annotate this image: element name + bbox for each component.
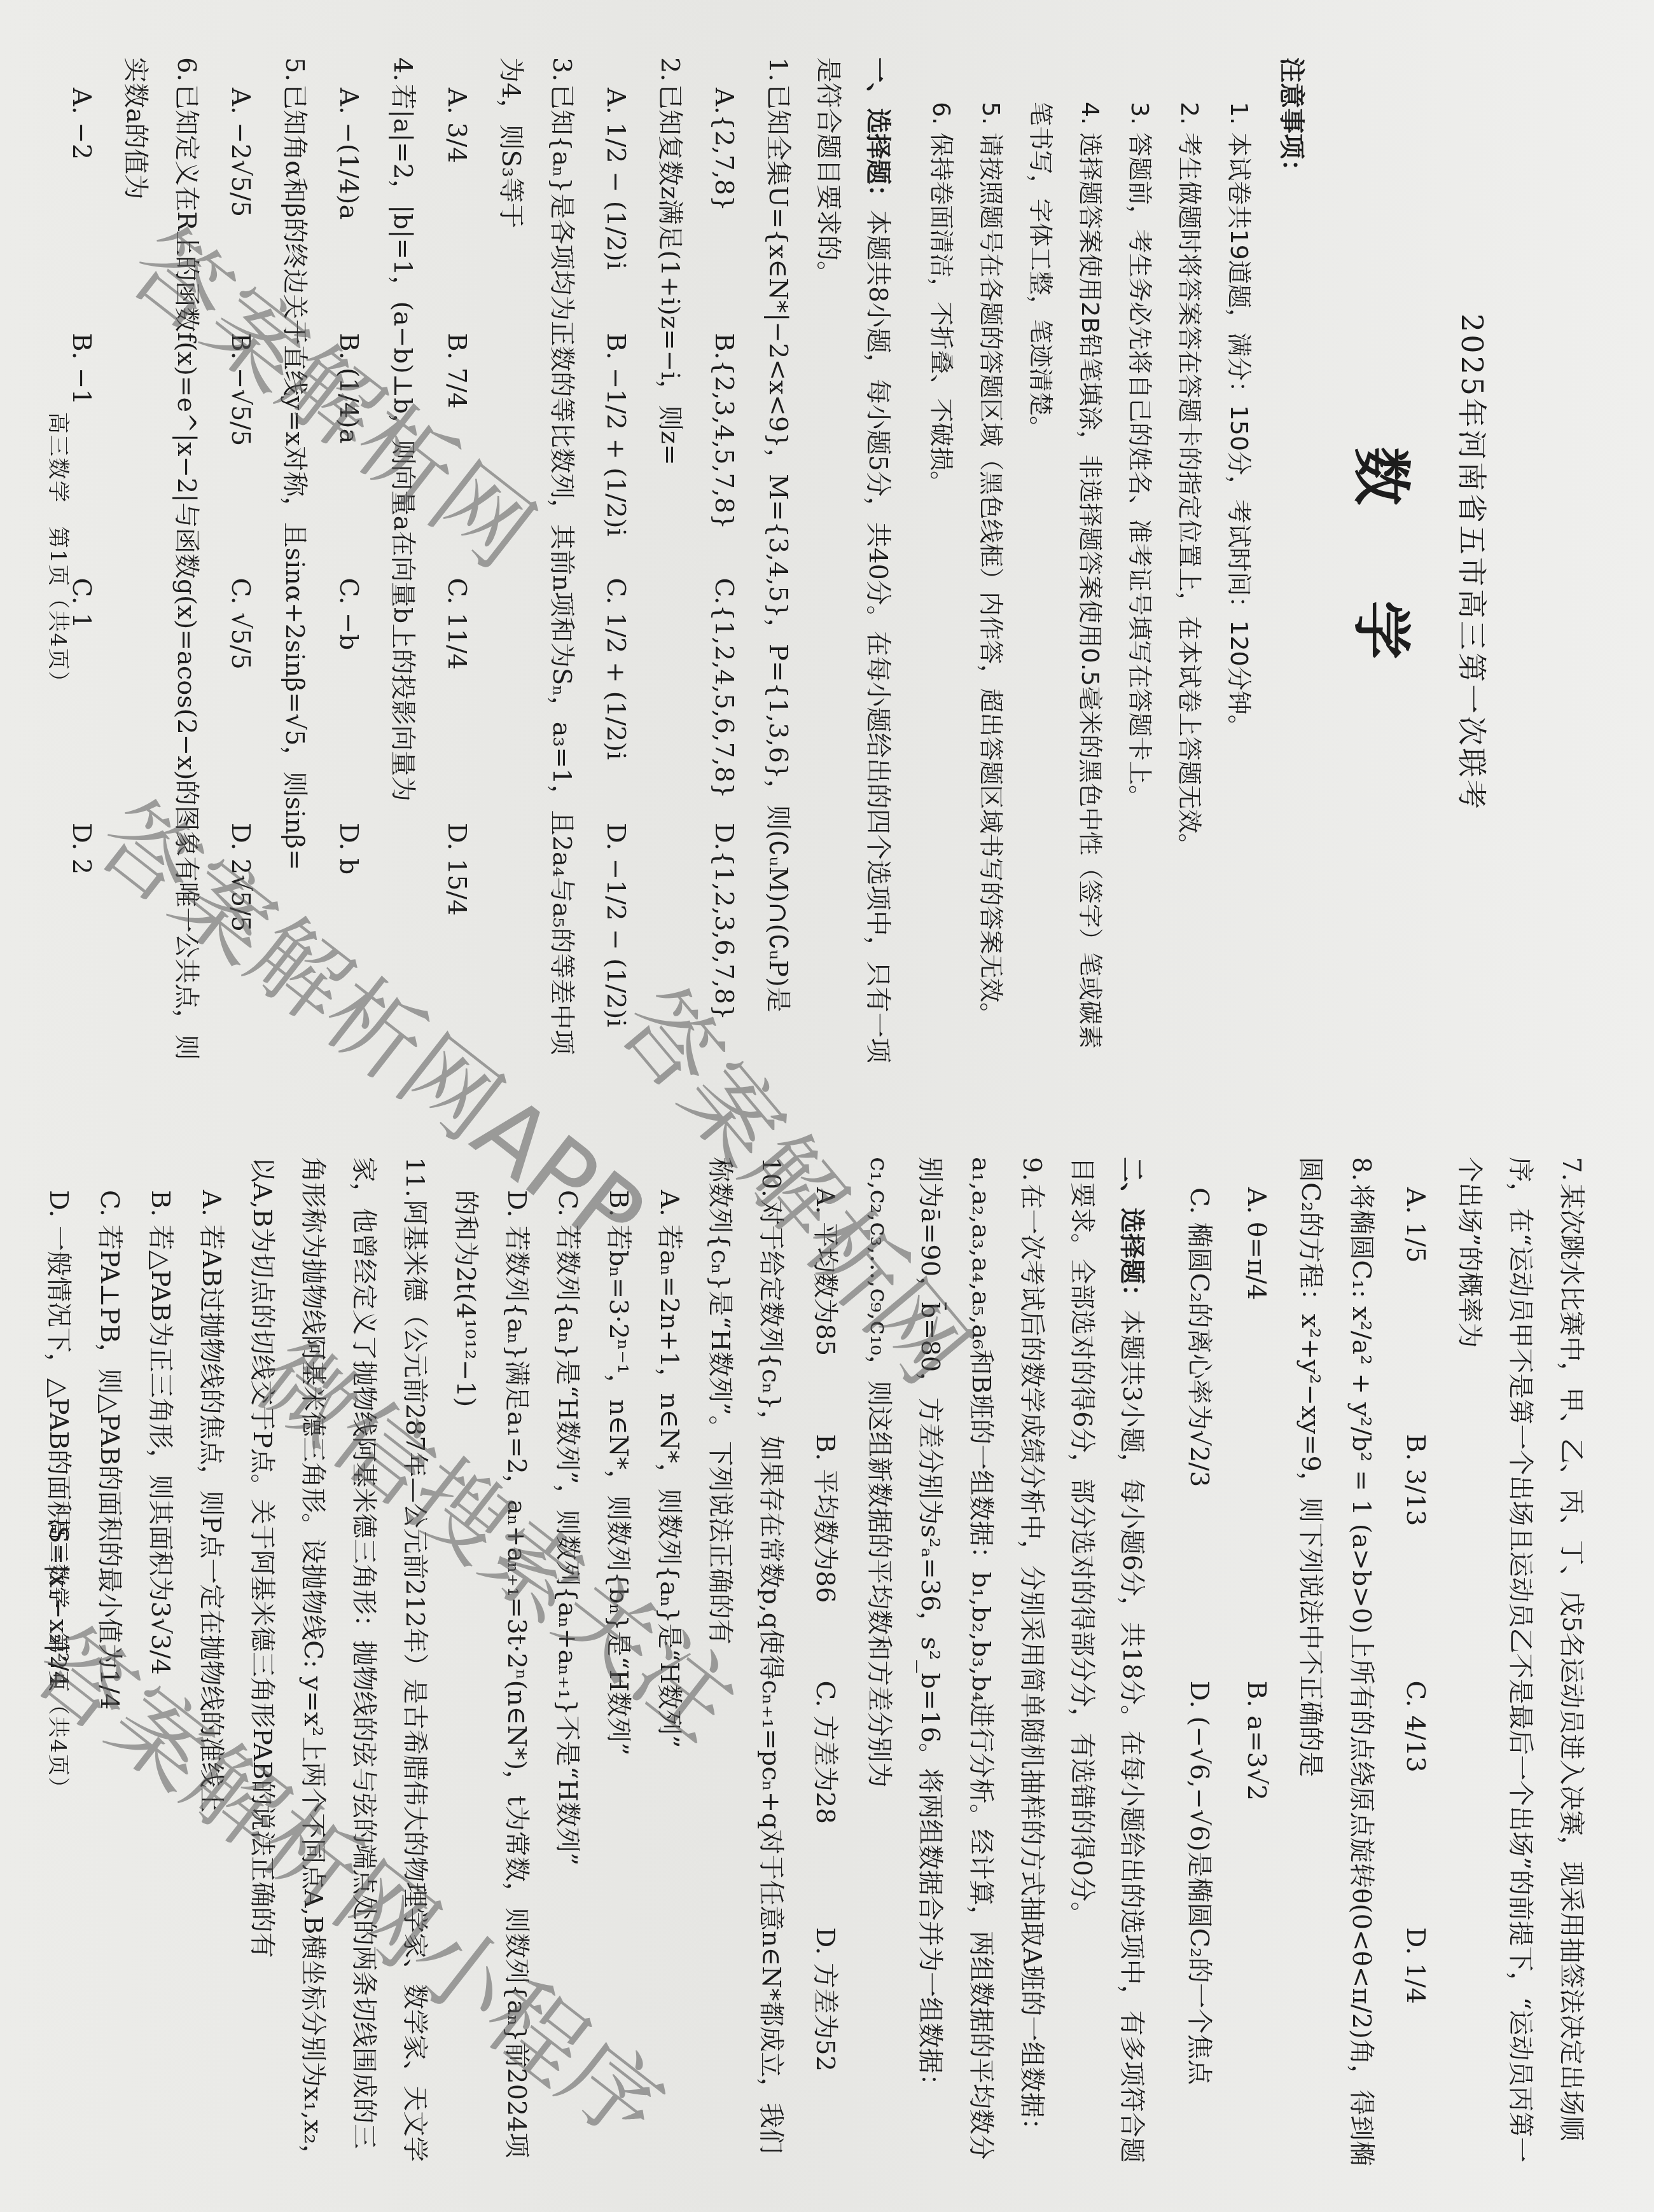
option-b: B. 3/13 [1387,1434,1444,1681]
question-11: 11.阿基米德（公元前287年—公元前212年）是古希腊伟大的物理学家、数学家、… [33,1157,440,2174]
question-number: 1. [763,57,793,81]
question-stem: 若|a|=2，|b|=1，(a−b)⊥b，则向量a在向量b上的投影向量为 [388,84,417,801]
page-footer: 高三数学 第2页（共4页） [45,1106,76,2212]
option-a: A. 若AB过抛物线的焦点，则P点一定在抛物线的准线上 [186,1157,237,2174]
option-a: A. 3/4 [428,88,485,333]
question-10: 10.对于给定数列{cₙ}，如果存在常数p,q使得cₙ₊₁=pcₙ+q对于任意n… [440,1157,796,2174]
option-d: D. 若数列{aₙ}满足a₁=2，aₙ+aₙ₊₁=3t·2ⁿ(n∈N*)，t为常… [440,1157,542,2174]
option-d: D. −1/2 − (1/2)i [587,823,644,1068]
option-b: B. −1/2 + (1/2)i [587,333,644,577]
question-3: 3.已知{aₙ}是各项均为正数的等比数列，其前n项和为Sₙ，a₃=1，且2a₄与… [428,57,587,1068]
note-item: 5. 请按照题号在各题的答题区域（黑色线框）内作答，超出答题区域书写的答案无效。 [966,57,1016,1068]
question-number: 3. [547,57,576,81]
question-number: 5. [280,57,309,81]
option-b: B. 7/4 [428,333,485,577]
note-item: 6. 保持卷面清洁，不折叠、不破损。 [917,57,966,1068]
option-c: C. 若PA⊥PB，则△PAB的面积的最小值为1/4 [84,1157,135,2174]
question-number: 10. [756,1157,786,1198]
question-stem: 阿基米德（公元前287年—公元前212年）是古希腊伟大的物理学家、数学家、天文学… [247,1157,429,2169]
option-c: C. −b [320,578,377,823]
notes-heading: 注意事项： [1275,57,1312,1068]
option-d: D. 方差为52 [796,1927,854,2174]
question-number: 11. [400,1157,429,1198]
option-c: C. 1/2 + (1/2)i [587,578,644,823]
exam-paper-photo: 2025年河南省五市高三第一次联考 数学 注意事项： 1. 本试卷共19道题，满… [0,0,1654,2212]
question-2: 2.已知复数z满足(1+i)z=−i，则z= A. 1/2 − (1/2)i B… [587,57,695,1068]
option-d: D. 2√5/5 [212,823,269,1068]
subject-heading: 数学 [1344,134,1428,1068]
option-b: B. a=3√2 [1228,1681,1285,2174]
section-1-label: 一、选择题： [863,57,893,210]
option-c: C.{1,2,4,5,6,7,8} [695,578,753,823]
question-5: 5.已知角α和β的终边关于直线y=x对称，且sinα+2sinβ=√5，则sin… [212,57,320,1068]
question-4: 4.若|a|=2，|b|=1，(a−b)⊥b，则向量a在向量b上的投影向量为 A… [320,57,428,1068]
page-footer: 高三数学 第1页（共4页） [45,0,76,1106]
option-b: B. −√5/5 [212,333,269,577]
option-d: D. b [320,823,377,1068]
option-d: D.{1,2,3,6,7,8} [695,823,753,1068]
note-item: 4. 选择题答案使用2B铅笔填涂，非选择题答案使用0.5毫米的黑色中性（签字）笔… [1016,57,1115,1068]
option-a: A. 平均数为85 [796,1187,854,1434]
question-stem: 已知全集U={x∈N*|−2<x<9}，M={3,4,5}，P={1,3,6}，… [763,84,793,1013]
option-d: D. (−√6,−√6)是椭圆C₂的一个焦点 [1171,1681,1228,2174]
option-c: C. 11/4 [428,578,485,823]
option-b: B. 若△PAB为正三角形，则其面积为3√3/4 [135,1157,186,2174]
question-stem: 将椭圆C₁: x²/a² + y²/b² = 1 (a>b>0)上所有的点绕原点… [1296,1157,1376,2166]
question-number: 7. [1557,1157,1586,1181]
question-9: 9.在一次考试后的数学成绩分析中，分别采用简单随机抽样的方式抽取A班的一组数据：… [796,1157,1057,2174]
note-item: 1. 本试卷共19道题，满分：150分，考试时间：120分钟。 [1214,57,1264,1068]
question-number: 9. [1017,1157,1046,1181]
question-stem: 已知定义在R上的函数f(x)=e^|x−2|与函数g(x)=acos(2−x)的… [121,57,201,1060]
question-6: 6.已知定义在R上的函数f(x)=e^|x−2|与函数g(x)=acos(2−x… [53,57,212,1068]
exam-title: 2025年河南省五市高三第一次联考 [1453,57,1495,1068]
question-7: 7.某次跳水比赛中，甲、乙、丙、丁、戊5名运动员进入决赛，现采用抽签法决定出场顺… [1387,1157,1597,2174]
option-a: A. 1/2 − (1/2)i [587,88,644,333]
section-2-heading: 二、选择题：本题共3小题，每小题6分，共18分。在每小题给出的选项中，有多项符合… [1057,1157,1157,2174]
option-d: D. 15/4 [428,823,485,1068]
option-a: A. 若aₙ=2n+1，n∈N*，则数列{aₙ}是“H数列” [644,1157,695,2174]
section-2-label: 二、选择题： [1117,1157,1146,1310]
question-stem: 对于给定数列{cₙ}，如果存在常数p,q使得cₙ₊₁=pcₙ+q对于任意n∈N*… [705,1157,786,2153]
option-a: A. 1/5 [1387,1187,1444,1434]
question-number: 8. [1347,1157,1376,1181]
question-stem: 已知{aₙ}是各项均为正数的等比数列，其前n项和为Sₙ，a₃=1，且2a₄与a₅… [496,57,576,1055]
option-a: A. −2√5/5 [212,88,269,333]
option-b: B. 若bₙ=3·2ⁿ⁻¹，n∈N*，则数列{bₙ}是“H数列” [593,1157,644,2174]
option-b: B. 平均数为86 [796,1434,854,1681]
question-stem: 已知复数z满足(1+i)z=−i，则z= [655,84,685,466]
exam-page-2: 7.某次跳水比赛中，甲、乙、丙、丁、戊5名运动员进入决赛，现采用抽签法决定出场顺… [0,1106,1654,2212]
option-a: A.{2,7,8} [695,88,753,333]
question-8: 8.将椭圆C₁: x²/a² + y²/b² = 1 (a>b>0)上所有的点绕… [1171,1157,1387,2174]
question-stem: 在一次考试后的数学成绩分析中，分别采用简单随机抽样的方式抽取A班的一组数据：a₁… [865,1157,1046,2160]
option-a: A. −(1/4)a [320,88,377,333]
section-1-heading: 一、选择题：本题共8小题，每小题5分，共40分。在每小题给出的四个选项中，只有一… [803,57,903,1068]
option-c: C. 方差为28 [796,1681,854,1928]
question-number: 6. [172,57,201,81]
question-stem: 已知角α和β的终边关于直线y=x对称，且sinα+2sinβ=√5，则sinβ= [280,84,309,870]
option-d: D. 1/4 [1387,1927,1444,2174]
option-c: C. 椭圆C₂的离心率为√2/3 [1171,1187,1228,1681]
exam-page-1: 2025年河南省五市高三第一次联考 数学 注意事项： 1. 本试卷共19道题，满… [0,0,1654,1106]
question-number: 4. [388,57,417,81]
option-c: C. √5/5 [212,578,269,823]
note-item: 2. 考生做题时将答案答在答题卡的指定位置上，在本试卷上答题无效。 [1165,57,1214,1068]
option-b: B.{2,3,4,5,7,8} [695,333,753,577]
note-item: 3. 答题前，考生务必先将自己的姓名、准考证号填写在答题卡上。 [1115,57,1165,1068]
question-stem: 某次跳水比赛中，甲、乙、丙、丁、戊5名运动员进入决赛，现采用抽签法决定出场顺序，… [1455,1157,1586,2162]
option-a: A. θ=π/4 [1228,1187,1285,1681]
option-c: C. 4/13 [1387,1681,1444,1928]
option-c: C. 若数列{aₙ}是“H数列”，则数列{aₙ+aₙ₊₁}不是“H数列” [542,1157,593,2174]
option-b: B. (1/4)a [320,333,377,577]
question-1: 1.已知全集U={x∈N*|−2<x<9}，M={3,4,5}，P={1,3,6… [695,57,803,1068]
question-number: 2. [655,57,685,81]
